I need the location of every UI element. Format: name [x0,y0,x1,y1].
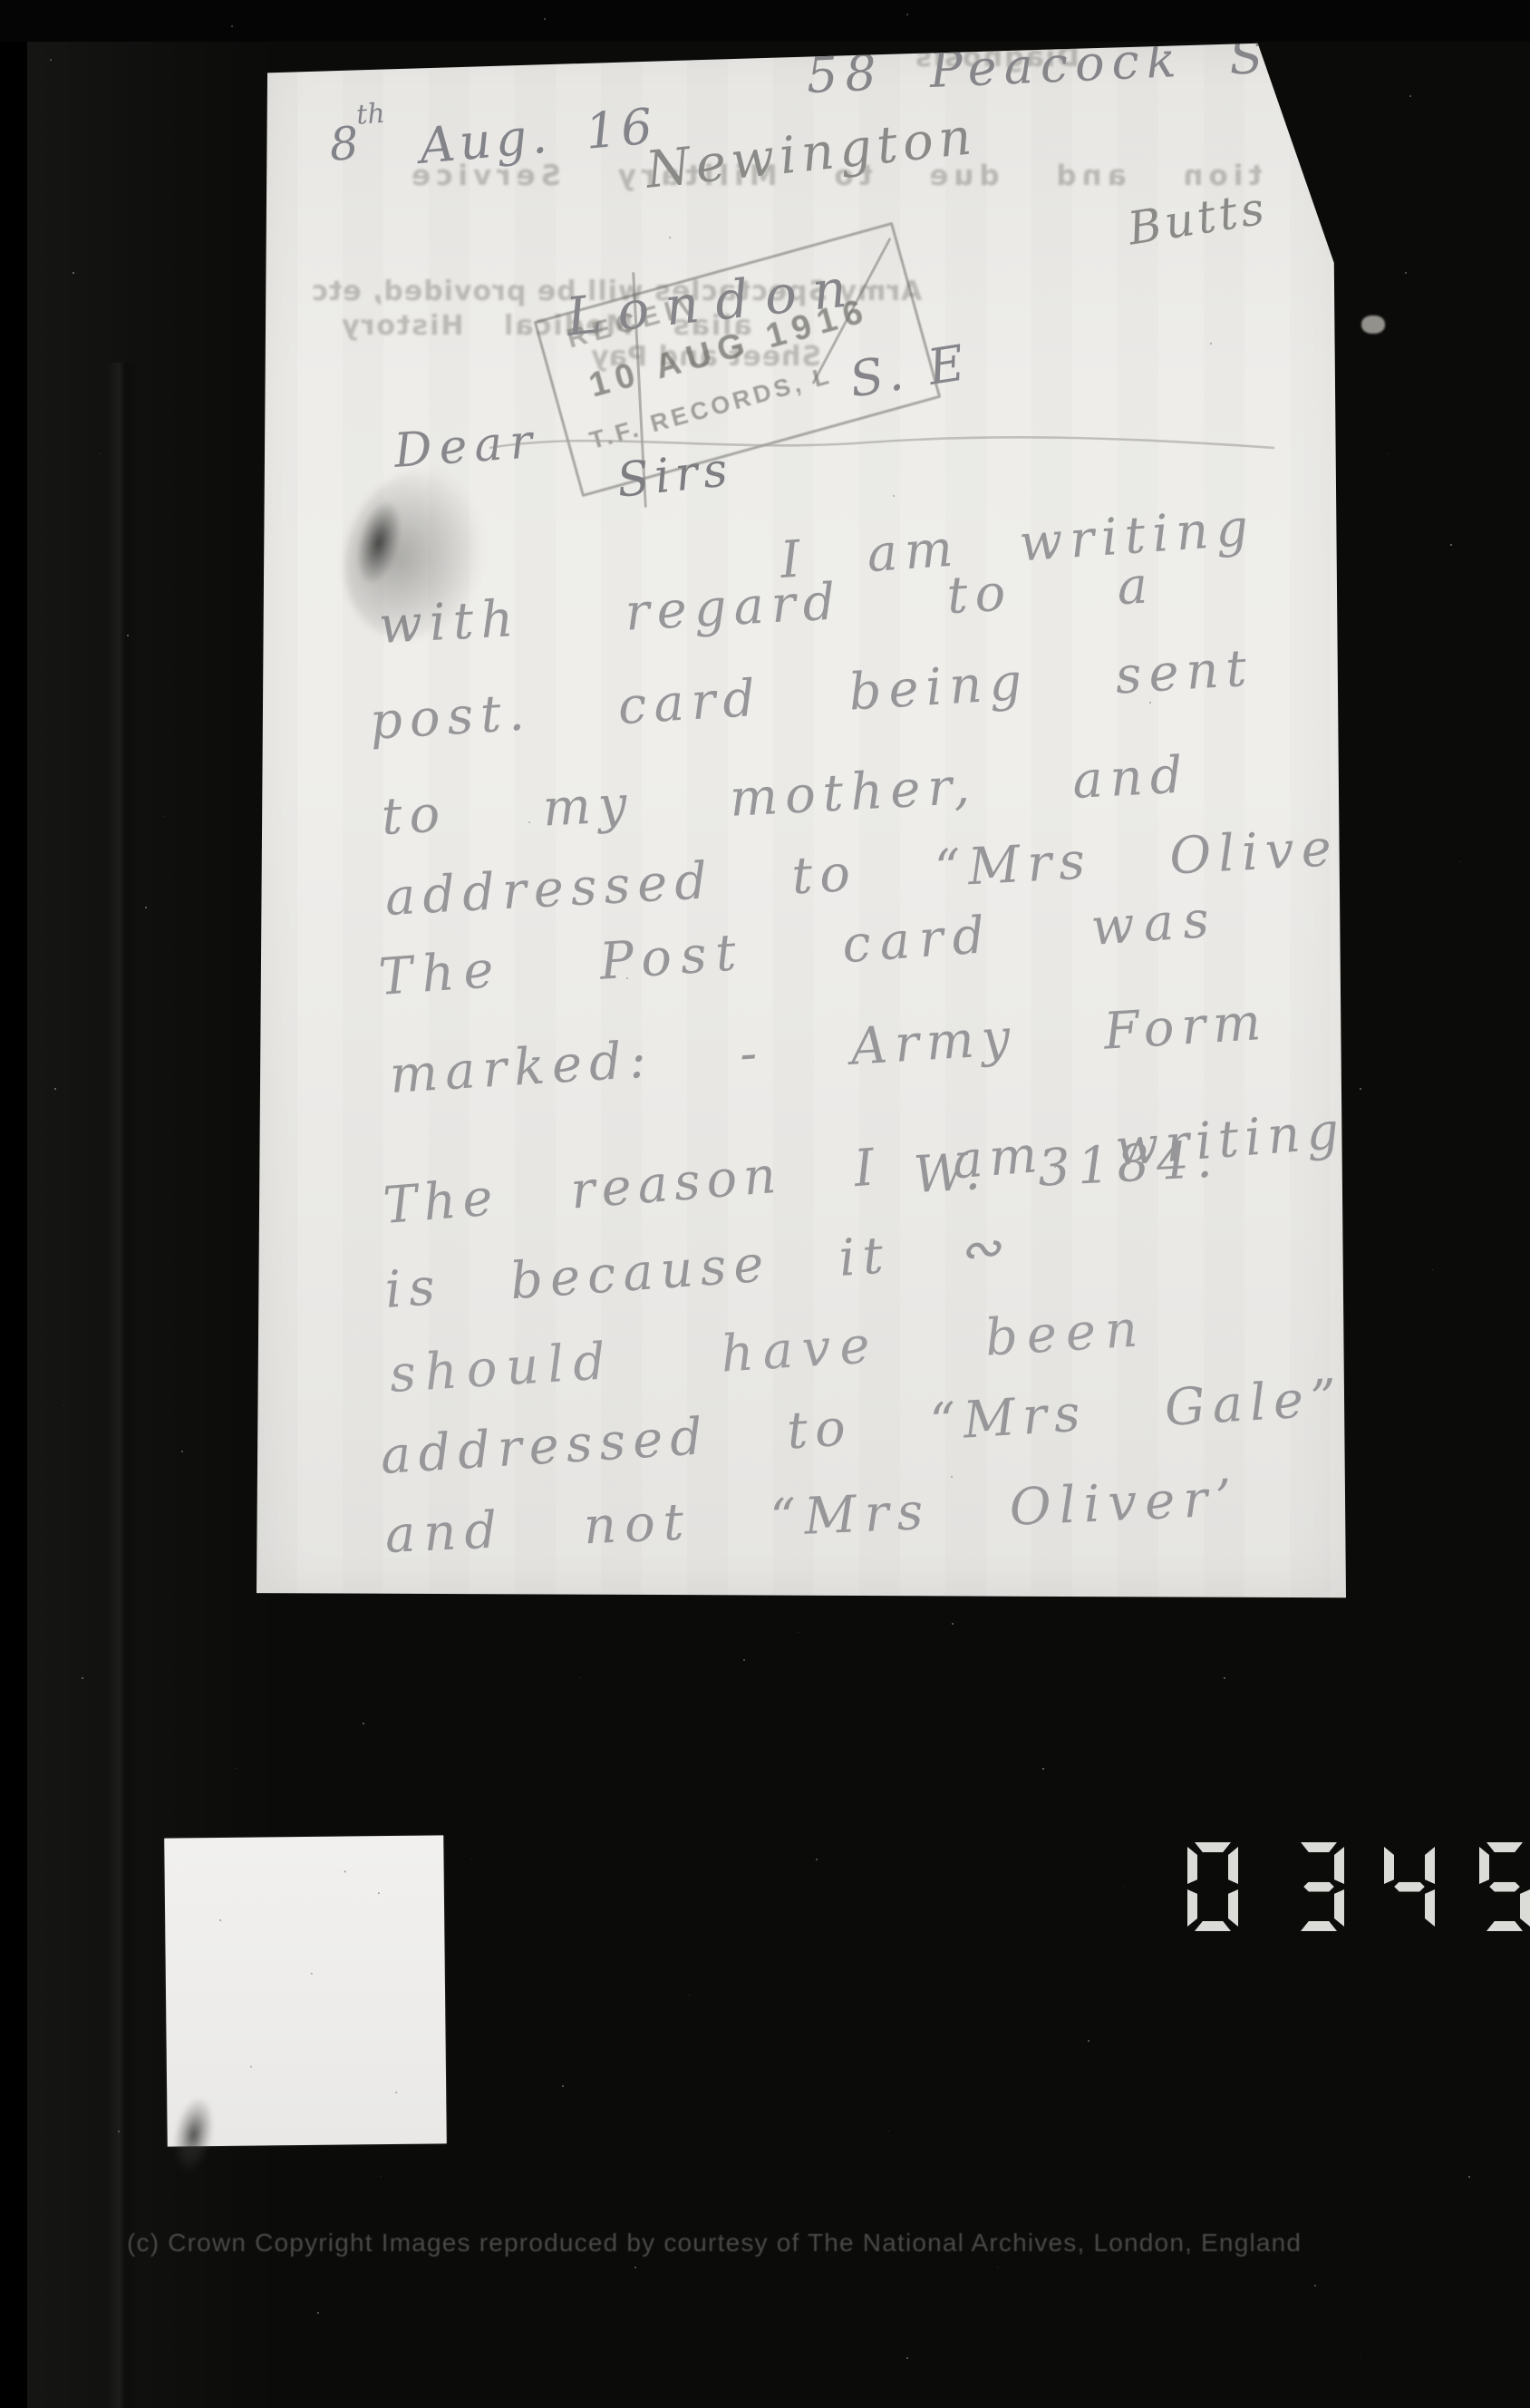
digit-segment [1486,1921,1523,1931]
digit-segment [1195,1842,1231,1852]
digit-segment [1195,1921,1231,1931]
digit-segment [1334,1847,1344,1884]
film-blemish [1361,316,1385,334]
digit-segment [1301,1921,1337,1931]
microfilm-scan: Diagnosis tion and due to Military Servi… [0,0,1530,2408]
digit-segment [1228,1889,1238,1927]
digit-segment [1486,1882,1523,1892]
digit-segment [1479,1847,1489,1884]
film-edge-band [0,0,27,2408]
digit-segment [1425,1847,1435,1884]
date-day-number: 8 [328,117,361,171]
letter-document: Diagnosis tion and due to Military Servi… [257,42,1346,1599]
copyright-notice: (c) Crown Copyright Images reproduced by… [127,2228,1486,2257]
digit-segment [1301,1882,1337,1892]
digit-segment [1520,1889,1530,1927]
counter-digit [1479,1842,1530,1931]
digit-segment [1228,1847,1238,1884]
digit-segment [1301,1842,1337,1852]
digit-segment [1391,1882,1428,1892]
blank-card [164,1835,447,2146]
digit-segment [1384,1847,1394,1884]
frame-counter [1183,1842,1530,1933]
underline-flourish [488,426,1276,457]
digit-segment [1187,1847,1197,1884]
counter-digit [1187,1842,1238,1931]
card-dust-specks [164,1839,166,1840]
film-noise-specks-dim [0,0,1,1]
digit-segment [1486,1842,1523,1852]
digit-segment [1334,1889,1344,1927]
digit-segment [1187,1889,1197,1927]
date-day: 8th [326,98,388,171]
counter-digit [1293,1842,1344,1931]
digit-segment [1425,1889,1435,1927]
salutation-dear: Dear [392,414,541,479]
film-top-band [0,0,1530,42]
film-ridge [107,363,138,2408]
date-ordinal: th [355,98,386,131]
counter-digit [1384,1842,1435,1931]
